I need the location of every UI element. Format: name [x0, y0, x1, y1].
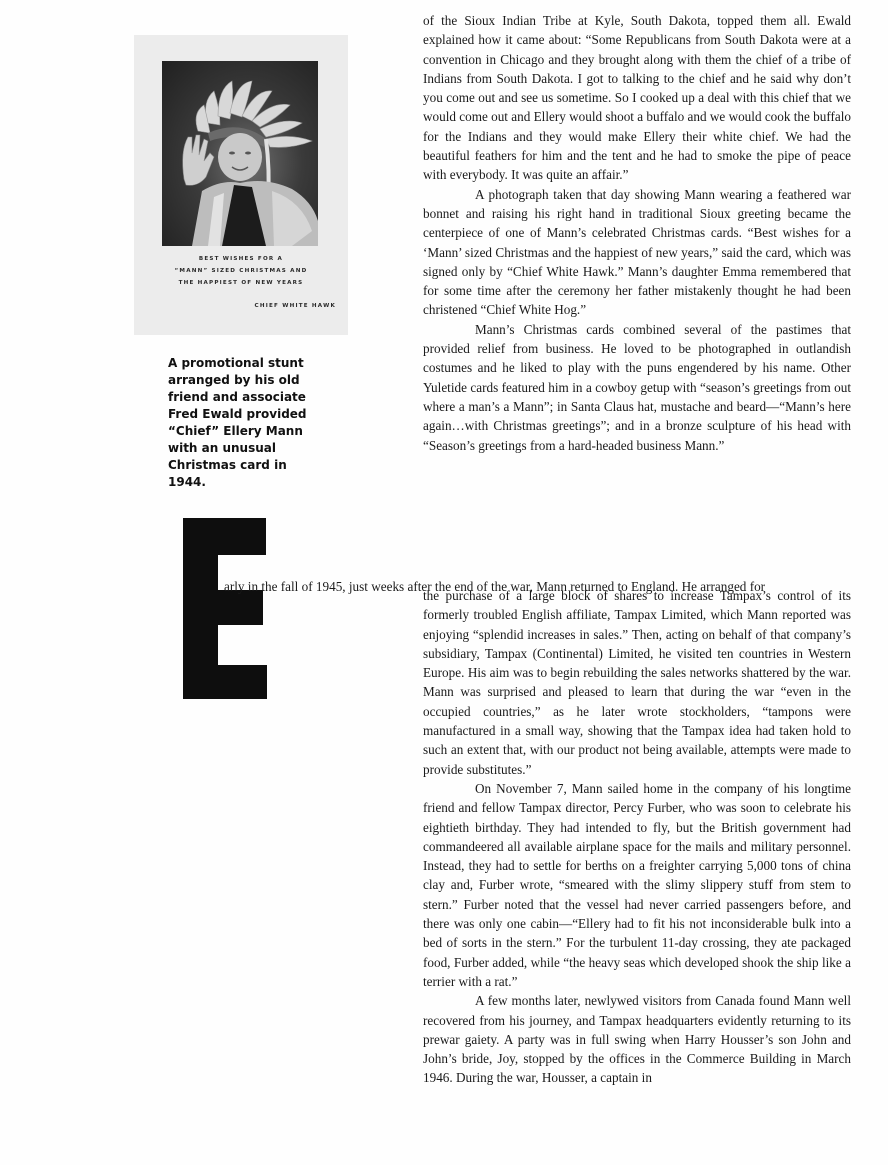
- drop-cap-e: E: [183, 518, 267, 699]
- body-paragraph: of the Sioux Indian Tribe at Kyle, South…: [423, 11, 851, 185]
- body-paragraph: A few months later, newlywed visitors fr…: [423, 991, 851, 1087]
- card-greeting-line: BEST WISHES FOR A: [134, 253, 348, 265]
- body-paragraph: A photograph taken that day showing Mann…: [423, 185, 851, 320]
- christmas-card-figure: BEST WISHES FOR A “MANN” SIZED CHRISTMAS…: [134, 35, 348, 335]
- body-column-bottom: the purchase of a large block of shares …: [423, 586, 851, 1088]
- portrait-illustration: [162, 61, 318, 246]
- card-greeting: BEST WISHES FOR A “MANN” SIZED CHRISTMAS…: [134, 253, 348, 289]
- body-column-top: of the Sioux Indian Tribe at Kyle, South…: [423, 11, 851, 455]
- card-greeting-line: “MANN” SIZED CHRISTMAS AND: [134, 265, 348, 277]
- body-paragraph: the purchase of a large block of shares …: [423, 586, 851, 779]
- card-signature: CHIEF WHITE HAWK: [255, 303, 336, 309]
- body-paragraph: Mann’s Christmas cards combined several …: [423, 320, 851, 455]
- body-paragraph: On November 7, Mann sailed home in the c…: [423, 779, 851, 991]
- chief-white-hawk-photo: [162, 61, 318, 246]
- card-greeting-line: THE HAPPIEST OF NEW YEARS: [134, 277, 348, 289]
- figure-caption: A promotional stunt arranged by his old …: [168, 355, 328, 491]
